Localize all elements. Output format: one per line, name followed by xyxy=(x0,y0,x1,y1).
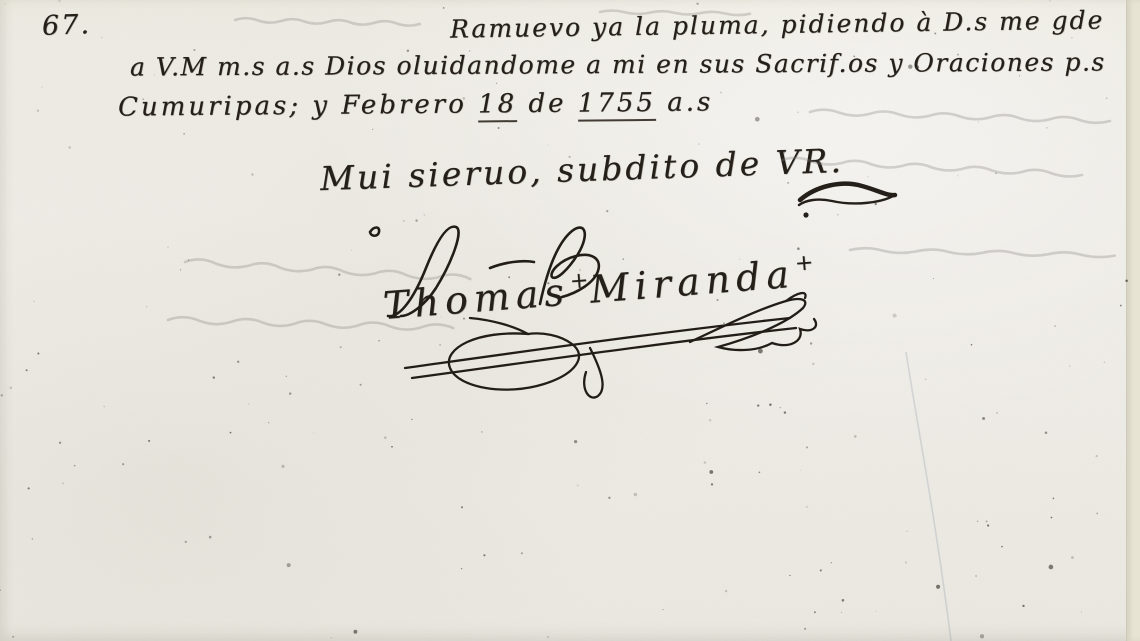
dateline-suffix: a.s xyxy=(656,87,714,117)
page-binding-edge xyxy=(1126,0,1140,641)
dateline-place: Cumuripas; y Febrero xyxy=(118,89,478,122)
dateline: Cumuripas; y Febrero 18 de 1755 a.s xyxy=(118,87,714,122)
signature-cross-icon: + xyxy=(569,268,589,294)
dateline-day: 18 xyxy=(478,89,517,122)
page-number: 67. xyxy=(41,9,91,42)
dateline-mid: de xyxy=(517,89,578,120)
signature-cross-icon: + xyxy=(794,250,814,276)
dateline-year: 1755 xyxy=(578,88,656,122)
scanned-page: 67. Ramuevo ya la pluma, pidiendo à D.s … xyxy=(0,0,1140,641)
letter-line-2: a V.M m.s a.s Dios oluidandome a mi en s… xyxy=(130,47,1106,81)
